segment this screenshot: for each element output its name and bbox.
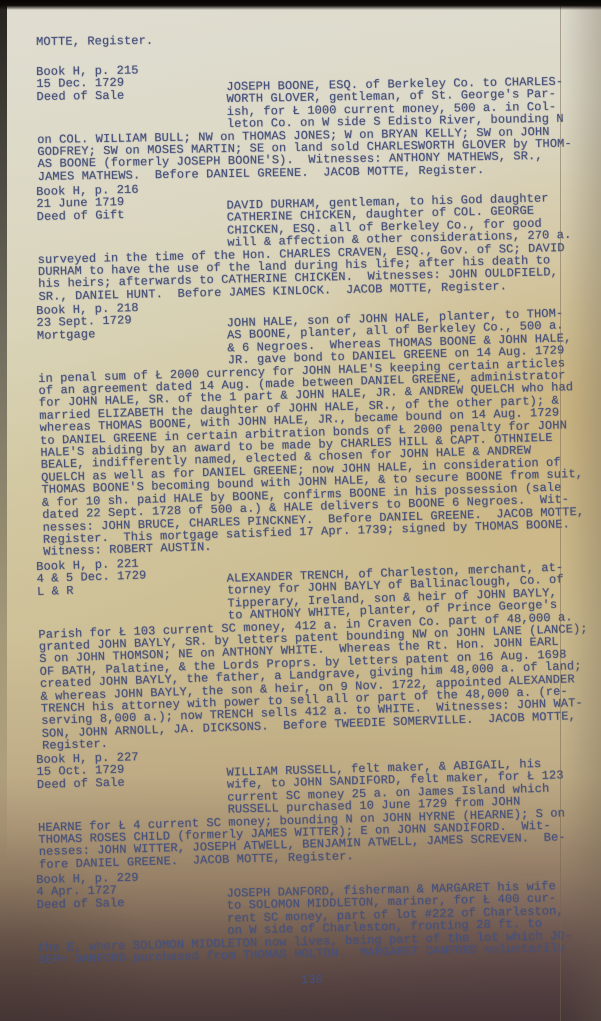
book-page-photo: MOTTE, Register. Book H, p. 21515 Dec. 1…: [0, 0, 601, 1021]
entry-header: Book H, p. 21515 Dec. 1729Deed of Sale: [36, 65, 139, 104]
entry-header: Book H, p. 21621 June 1719Deed of Gift: [36, 183, 139, 223]
entry-type: Deed of Gift: [37, 208, 140, 223]
page-text: MOTTE, Register. Book H, p. 21515 Dec. 1…: [36, 36, 588, 986]
running-header: MOTTE, Register.: [36, 30, 588, 48]
entry-header: Book H, p. 2294 Apr. 1727Deed of Sale: [36, 871, 139, 911]
page-left-edge-shadow: [0, 0, 7, 1021]
deed-entry: Book H, p. 21621 June 1719Deed of GiftDA…: [36, 173, 591, 303]
entry-header: Book H, p. 21823 Sept. 1729Mortgage: [36, 302, 140, 342]
deed-entries: Book H, p. 21515 Dec. 1729Deed of SaleJO…: [36, 66, 588, 966]
entry-header: Book H, p. 22715 Oct. 1729Deed of Sale: [36, 751, 139, 791]
page-number: 130: [36, 969, 588, 991]
entry-header: Book H, p. 2214 & 5 Dec. 1729L & R: [36, 557, 147, 598]
deed-entry: Book H, p. 22715 Oct. 1729Deed of SaleWI…: [36, 739, 591, 872]
deed-entry: Book H, p. 2294 Apr. 1727Deed of SaleJOS…: [36, 861, 590, 966]
photo-top-black-edge: [0, 0, 601, 10]
deed-entry: Book H, p. 21515 Dec. 1729Deed of SaleJO…: [36, 58, 590, 184]
deed-entry: Book H, p. 2214 & 5 Dec. 1729L & RALEXAN…: [36, 542, 594, 752]
page-right-edge-shadow: [560, 0, 601, 1021]
entry-type: Deed of Sale: [36, 90, 139, 104]
entry-type: Deed of Sale: [37, 776, 140, 791]
deed-entry: Book H, p. 21823 Sept. 1729MortgageJOHN …: [36, 289, 595, 559]
entry-type: Deed of Sale: [37, 896, 140, 911]
